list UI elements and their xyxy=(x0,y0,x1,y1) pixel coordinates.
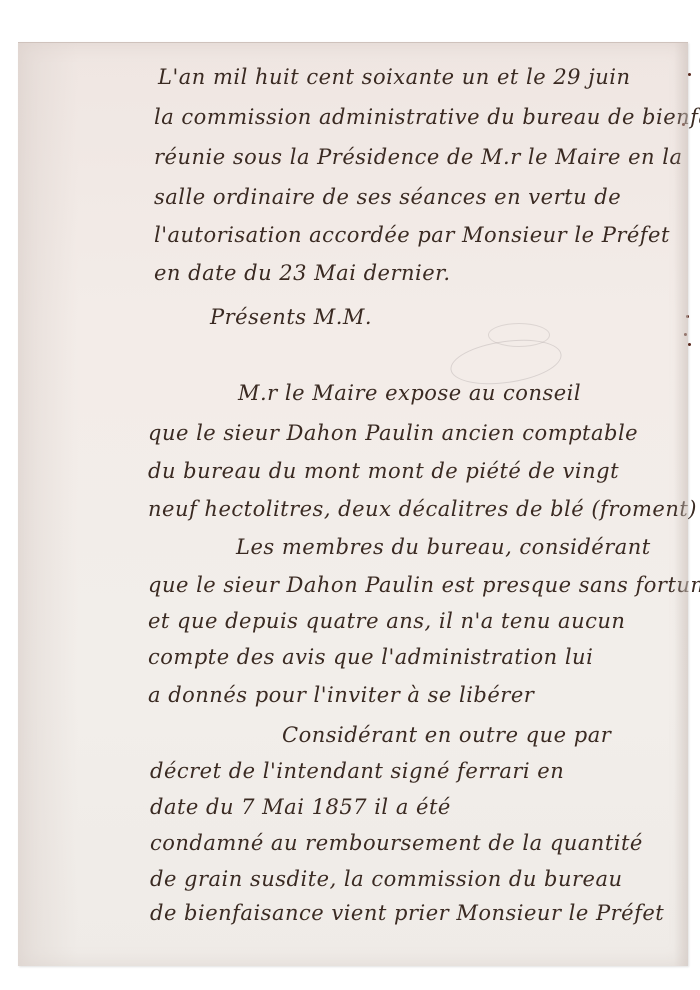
text-line-17: Considérant en outre que par xyxy=(282,723,611,747)
text-line-11: neuf hectolitres, deux décalitres de blé… xyxy=(148,497,697,521)
text-line-3: réunie sous la Présidence de M.r le Mair… xyxy=(154,145,683,169)
text-line-20: condamné au remboursement de la quantité xyxy=(150,831,643,855)
text-line-18: décret de l'intendant signé ferrari en xyxy=(150,759,564,783)
text-line-9: que le sieur Dahon Paulin ancien comptab… xyxy=(148,421,638,445)
text-line-15: compte des avis que l'administration lui xyxy=(148,645,593,669)
text-line-5: l'autorisation accordée par Monsieur le … xyxy=(154,223,670,247)
text-line-19: date du 7 Mai 1857 il a été xyxy=(150,795,451,819)
text-line-14: et que depuis quatre ans, il n'a tenu au… xyxy=(148,609,625,633)
text-line-13: que le sieur Dahon Paulin est presque sa… xyxy=(148,573,700,597)
ink-speck xyxy=(688,343,691,346)
text-line-21: de grain susdite, la commission du burea… xyxy=(150,867,623,891)
ink-speck xyxy=(684,333,687,336)
text-line-12: Les membres du bureau, considérant xyxy=(236,535,651,559)
text-line-8: M.r le Maire expose au conseil xyxy=(238,381,581,405)
ink-speck xyxy=(686,315,689,318)
text-line-7: Présents M.M. xyxy=(210,305,372,329)
text-line-1: L'an mil huit cent soixante un et le 29 … xyxy=(158,65,631,89)
manuscript-page: L'an mil huit cent soixante un et le 29 … xyxy=(18,42,688,966)
text-line-16: a donnés pour l'inviter à se libérer xyxy=(148,683,534,707)
text-line-4: salle ordinaire de ses séances en vertu … xyxy=(154,185,621,209)
text-line-2: la commission administrative du bureau d… xyxy=(154,105,700,129)
ink-speck xyxy=(688,73,691,76)
text-line-6: en date du 23 Mai dernier. xyxy=(154,261,451,285)
text-line-22: de bienfaisance vient prier Monsieur le … xyxy=(150,901,664,925)
text-line-10: du bureau du mont mont de piété de vingt xyxy=(148,459,619,483)
ink-speck xyxy=(682,123,685,126)
